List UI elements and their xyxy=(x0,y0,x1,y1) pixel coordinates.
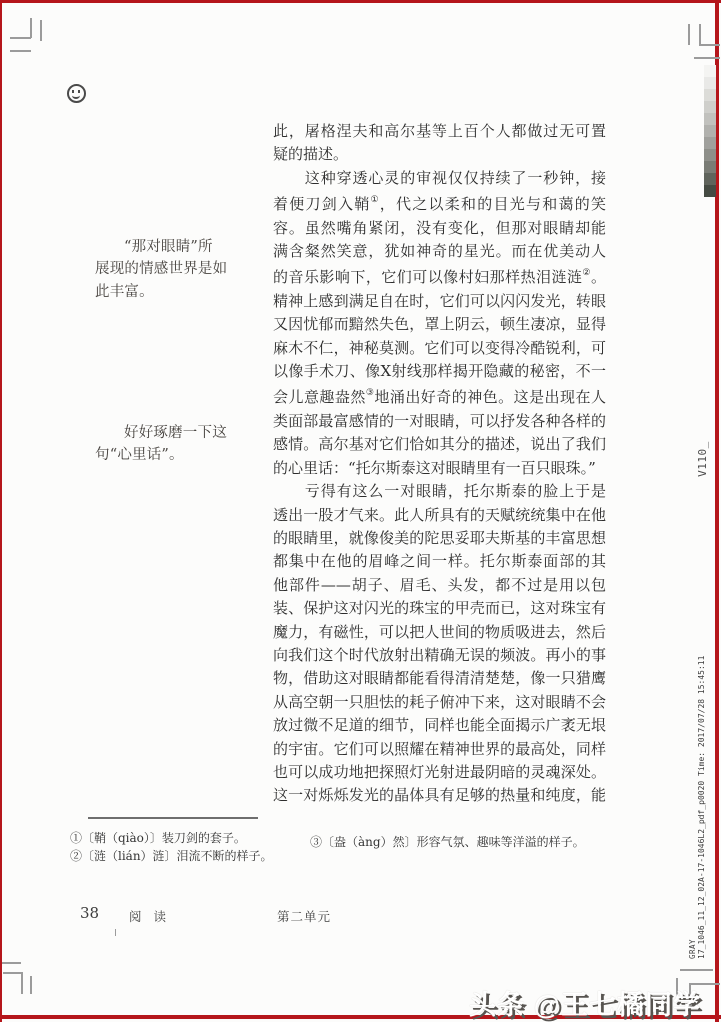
watermark-text: 头条 @王七橘同学 xyxy=(469,983,701,1022)
margin-note-line: 展现的情感世界是如 xyxy=(95,258,237,280)
footnotes-right: ③〔盎（àng）然〕形容气氛、趣味等洋溢的样子。 xyxy=(310,833,600,851)
body-text-line: 的宇宙。它们可以照耀在精神世界的最高处，同样 xyxy=(273,738,606,761)
registration-mark xyxy=(30,976,32,994)
margin-note-line: 句“心里话”。 xyxy=(95,444,237,466)
footnote-line: ③〔盎（àng）然〕形容气氛、趣味等洋溢的样子。 xyxy=(310,833,600,851)
body-text-line: 会儿意趣盎然③地涌出好奇的神色。这是出现在人 xyxy=(273,383,606,409)
grayscale-block xyxy=(704,125,716,137)
body-text-line: 魔力，有磁性，可以把人世间的物质吸进去，然后 xyxy=(273,621,606,644)
body-text: 此，屠格涅夫和高尔基等上百个人都做过无可置疑的描述。 这种穿透心灵的审视仅仅持续… xyxy=(273,120,606,808)
body-text-line: 的心里话：“托尔斯泰这对眼睛里有一百只眼珠。” xyxy=(273,457,606,480)
body-text-line: 疑的描述。 xyxy=(273,143,606,166)
smiley-face-icon xyxy=(67,84,86,103)
body-text-line: 精神上感到满足自在时，它们可以闪闪发光，转眼 xyxy=(273,290,606,313)
frame-line-top xyxy=(0,0,721,3)
registration-mark xyxy=(2,962,21,964)
registration-mark xyxy=(3,972,22,974)
print-code-v110: V110_ xyxy=(696,429,710,489)
print-job-stamp: GRAY 17_1046_11_12_02A-17-1046L2_pdf_p00… xyxy=(688,639,712,959)
footnote-divider xyxy=(88,817,258,819)
grayscale-block xyxy=(704,113,716,125)
registration-mark xyxy=(115,929,116,936)
body-text-line: 以像手术刀、像X射线那样揭开隐藏的秘密，不一 xyxy=(273,360,606,383)
body-text-line: 这种穿透心灵的审视仅仅持续了一秒钟，接 xyxy=(273,167,606,190)
grayscale-block xyxy=(704,137,716,149)
body-text-line: 的音乐影响下，它们可以像村妇那样热泪涟涟②。 xyxy=(273,263,606,289)
body-text-line: 这一对烁烁发光的晶体具有足够的热量和纯度，能 xyxy=(273,784,606,807)
scanned-textbook-page: “那对眼睛”所展现的情感世界是如此丰富。 好好琢磨一下这句“心里话”。 此，屠格… xyxy=(0,0,721,1022)
body-text-line: 向我们这个时代放射出精确无误的频波。再小的事 xyxy=(273,644,606,667)
body-text-line: 放过微不足道的细节，同样也能全面揭示广袤无垠 xyxy=(273,714,606,737)
body-text-line: 又因忧郁而黯然失色，罩上阴云，顿生凄凉，显得 xyxy=(273,313,606,336)
grayscale-calibration-strip xyxy=(704,65,716,197)
body-text-line: 的眼睛里，就像俊美的陀思妥耶夫斯基的丰富思想 xyxy=(273,527,606,550)
body-text-line: 满含粲然笑意，犹如神奇的星光。而在优美动人 xyxy=(273,240,606,263)
page-number: 38 xyxy=(80,904,99,922)
grayscale-block xyxy=(704,149,716,161)
body-text-line: 类面部最富感情的一对眼睛，可以抒发各种各样的 xyxy=(273,410,606,433)
body-text-line: 物，借助这对眼睛都能看得清清楚楚，像一只猎鹰 xyxy=(273,667,606,690)
body-text-line: 装、保护这对闪光的珠宝的甲壳而已，这对珠宝有 xyxy=(273,597,606,620)
registration-mark xyxy=(694,57,720,59)
grayscale-block xyxy=(704,161,716,173)
body-text-line: 从高空朝一只胆怯的耗子俯冲下来，这对眼睛不会 xyxy=(273,691,606,714)
frame-line-left xyxy=(0,0,2,1022)
registration-mark xyxy=(10,50,31,52)
registration-mark xyxy=(680,969,713,971)
footer-section-label: 阅 读 xyxy=(129,907,170,925)
margin-note-2: 好好琢磨一下这句“心里话”。 xyxy=(95,422,237,467)
grayscale-block xyxy=(704,101,716,113)
body-text-line: 麻木不仁，神秘莫测。它们可以变得冷酷锐利，可 xyxy=(273,337,606,360)
registration-mark xyxy=(21,972,23,994)
footnote-line: ②〔涟（lián）涟〕泪流不断的样子。 xyxy=(70,847,330,865)
print-code-gray-label: GRAY xyxy=(688,639,697,959)
grayscale-block xyxy=(704,185,716,197)
body-text-line: 透出一股才气来。此人所具有的天赋统统集中在他 xyxy=(273,504,606,527)
margin-note-line: 好好琢磨一下这 xyxy=(95,422,237,444)
footer-unit-label: 第二单元 xyxy=(277,907,331,925)
body-text-line: 感情。高尔基对它们恰如其分的描述，说出了我们 xyxy=(273,433,606,456)
footnote-line: ①〔鞘（qiào）〕装刀剑的套子。 xyxy=(70,829,330,847)
body-text-line: 着便刀剑入鞘①，代之以柔和的目光与和蔼的笑 xyxy=(273,190,606,216)
print-code-main: 17_1046_11_12_02A-17-1046L2_pdf_p0020 Ti… xyxy=(697,639,706,959)
registration-mark xyxy=(40,20,42,41)
body-text-line: 容。虽然嘴角紧闭，没有变化，但那对眼睛却能 xyxy=(273,217,606,240)
registration-mark xyxy=(10,37,31,39)
grayscale-block xyxy=(704,77,716,89)
registration-mark xyxy=(688,24,690,45)
margin-note-1: “那对眼睛”所展现的情感世界是如此丰富。 xyxy=(95,236,237,303)
registration-mark xyxy=(30,18,32,38)
body-text-line: 亏得有这么一对眼睛，托尔斯泰的脸上于是 xyxy=(273,480,606,503)
registration-mark xyxy=(699,44,720,46)
body-text-line: 他部件——胡子、眉毛、头发，都不过是用以包 xyxy=(273,574,606,597)
body-text-line: 此，屠格涅夫和高尔基等上百个人都做过无可置 xyxy=(273,120,606,143)
margin-note-line: “那对眼睛”所 xyxy=(95,236,237,258)
grayscale-block xyxy=(704,65,716,77)
body-text-line: 都集中在他的眉峰之间一样。托尔斯泰面部的其 xyxy=(273,550,606,573)
registration-mark xyxy=(699,24,701,45)
margin-note-line: 此丰富。 xyxy=(95,281,237,303)
body-text-line: 也可以成功地把探照灯光射进最阴暗的灵魂深处。 xyxy=(273,761,606,784)
footnotes-left: ①〔鞘（qiào）〕装刀剑的套子。②〔涟（lián）涟〕泪流不断的样子。 xyxy=(70,829,330,865)
grayscale-block xyxy=(704,89,716,101)
grayscale-block xyxy=(704,173,716,185)
